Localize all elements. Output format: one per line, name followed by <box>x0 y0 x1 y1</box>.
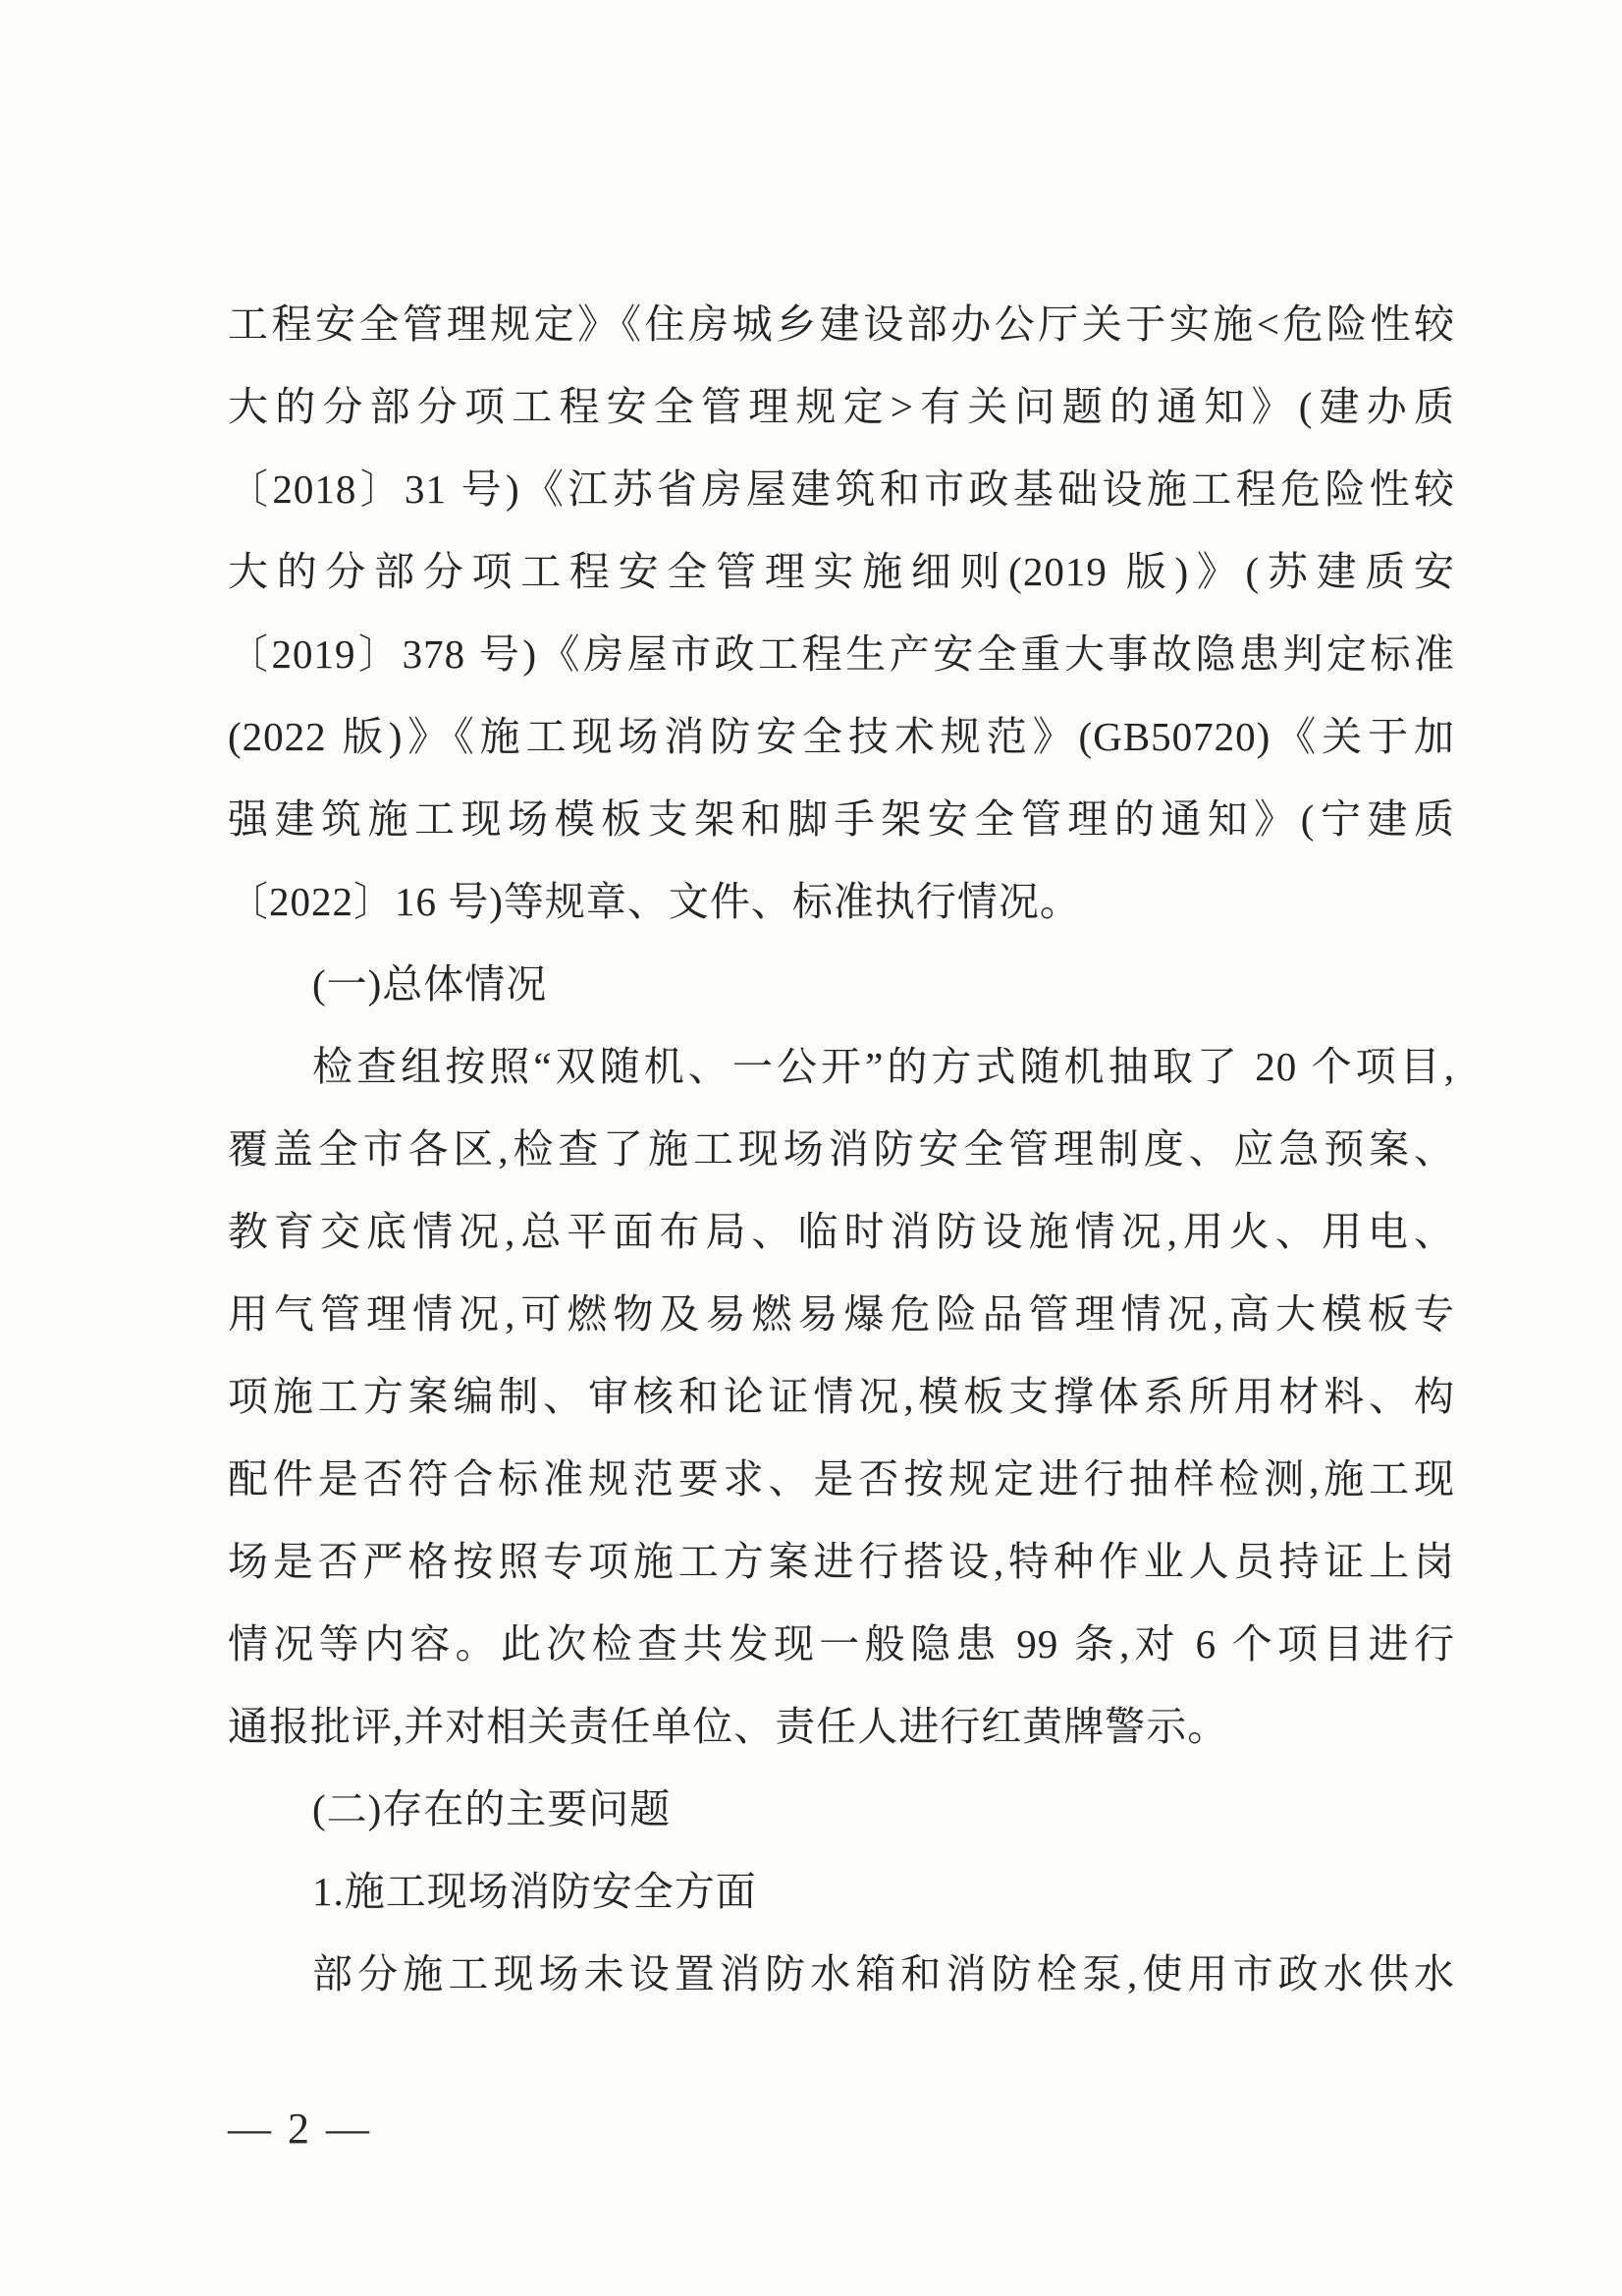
text-line: (一)总体情况 <box>228 943 1455 1025</box>
page-number: — 2 — <box>228 2104 372 2154</box>
text-line: 〔2018〕31 号)《江苏省房屋建筑和市政基础设施工程危险性较 <box>228 448 1455 530</box>
text-line: 通报批评,并对相关责任单位、责任人进行红黄牌警示。 <box>228 1685 1455 1768</box>
text-line: 工程安全管理规定》《住房城乡建设部办公厅关于实施<危险性较 <box>228 283 1455 365</box>
text-line: (二)存在的主要问题 <box>228 1768 1455 1850</box>
text-line: 检查组按照“双随机、一公开”的方式随机抽取了 20 个项目, <box>228 1025 1455 1108</box>
document-page: 工程安全管理规定》《住房城乡建设部办公厅关于实施<危险性较大的分部分项工程安全管… <box>0 0 1622 2296</box>
text-line: 情况等内容。此次检查共发现一般隐患 99 条,对 6 个项目进行 <box>228 1603 1455 1685</box>
text-line: 部分施工现场未设置消防水箱和消防栓泵,使用市政水供水 <box>228 1933 1455 2015</box>
text-line: 大的分部分项工程安全管理规定>有关问题的通知》(建办质 <box>228 365 1455 448</box>
text-line: 场是否严格按照专项施工方案进行搭设,特种作业人员持证上岗 <box>228 1520 1455 1603</box>
text-line: 配件是否符合标准规范要求、是否按规定进行抽样检测,施工现 <box>228 1438 1455 1520</box>
document-body: 工程安全管理规定》《住房城乡建设部办公厅关于实施<危险性较大的分部分项工程安全管… <box>228 283 1455 2015</box>
text-line: 大的分部分项工程安全管理实施细则(2019 版)》(苏建质安 <box>228 530 1455 613</box>
text-line: 1.施工现场消防安全方面 <box>228 1850 1455 1933</box>
text-line: 项施工方案编制、审核和论证情况,模板支撑体系所用材料、构 <box>228 1355 1455 1438</box>
text-line: 覆盖全市各区,检查了施工现场消防安全管理制度、应急预案、 <box>228 1108 1455 1190</box>
text-line: 〔2022〕16 号)等规章、文件、标准执行情况。 <box>228 860 1455 943</box>
text-line: 用气管理情况,可燃物及易燃易爆危险品管理情况,高大模板专 <box>228 1273 1455 1355</box>
text-line: 强建筑施工现场模板支架和脚手架安全管理的通知》(宁建质 <box>228 778 1455 860</box>
text-line: (2022 版)》《施工现场消防安全技术规范》(GB50720)《关于加 <box>228 695 1455 778</box>
text-line: 〔2019〕378 号)《房屋市政工程生产安全重大事故隐患判定标准 <box>228 613 1455 695</box>
text-line: 教育交底情况,总平面布局、临时消防设施情况,用火、用电、 <box>228 1190 1455 1273</box>
